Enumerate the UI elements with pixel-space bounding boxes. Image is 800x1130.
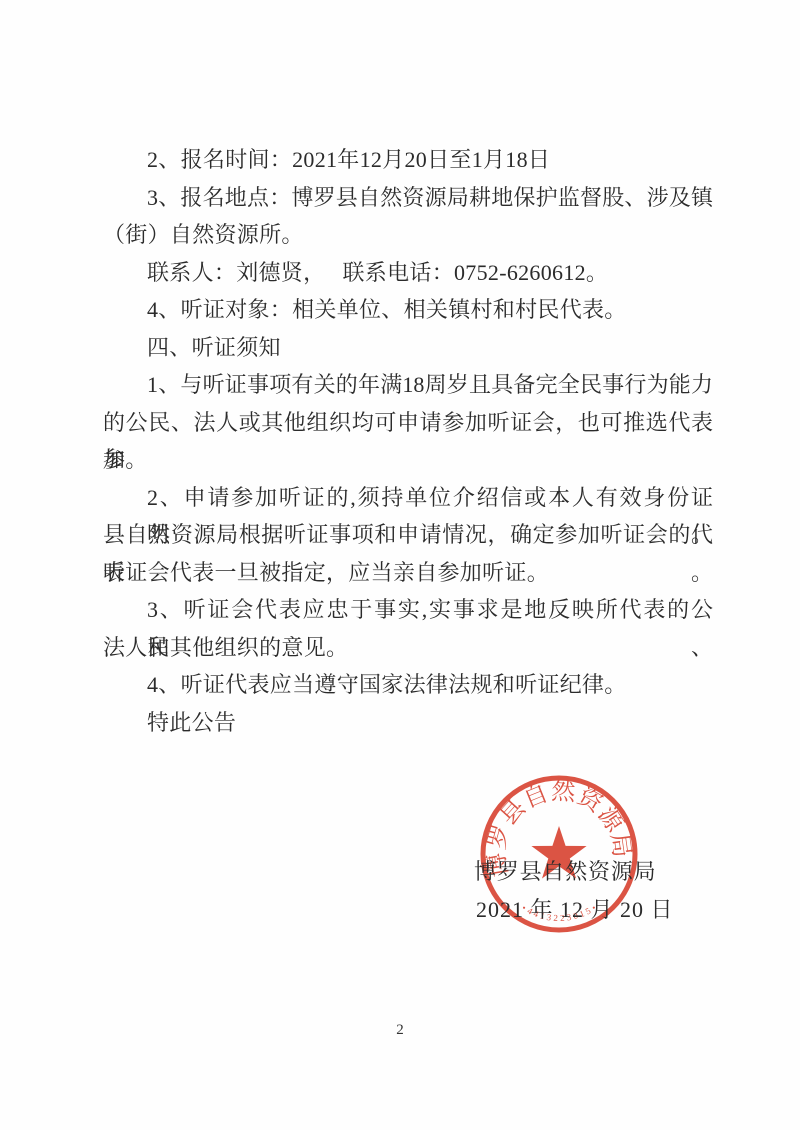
body-line: 4、听证对象：相关单位、相关镇村和村民代表。 (103, 291, 713, 329)
signature-org: 博罗县自然资源局 (474, 858, 656, 886)
body-line: 3、报名地点：博罗县自然资源局耕地保护监督股、涉及镇 (103, 179, 713, 217)
body-line: 2、申请参加听证的,须持单位介绍信或本人有效身份证明。 (103, 479, 713, 517)
body-line: 四、听证须知 (103, 329, 713, 367)
body-line: 的公民、法人或其他组织均可申请参加听证会，也可推选代表参 (103, 404, 713, 442)
page-number: 2 (0, 1022, 800, 1039)
svg-text:局: 局 (605, 832, 634, 859)
body-line: 1、与听证事项有关的年满18周岁且具备完全民事行为能力 (103, 366, 713, 404)
body-line: 联系人：刘德贤， 联系电话：0752-6260612。 (103, 254, 713, 292)
body-line: 3、听证会代表应忠于事实,实事求是地反映所代表的公民、 (103, 591, 713, 629)
body-line: 特此公告 (103, 704, 713, 742)
body-line: 加。 (103, 441, 713, 479)
body-line: 县自然资源局根据听证事项和申请情况，确定参加听证会的代表。 (103, 516, 713, 554)
body-line: 2、报名时间：2021年12月20日至1月18日 (103, 141, 713, 179)
document-body: 2、报名时间：2021年12月20日至1月18日3、报名地点：博罗县自然资源局耕… (103, 141, 713, 741)
body-line: 4、听证代表应当遵守国家法律法规和听证纪律。 (103, 666, 713, 704)
signature-date: 2021 年 12 月 20 日 (476, 896, 674, 924)
body-line: （街）自然资源所。 (103, 216, 713, 254)
svg-text:然: 然 (550, 778, 577, 807)
document-page: 2、报名时间：2021年12月20日至1月18日3、报名地点：博罗县自然资源局耕… (0, 0, 800, 1130)
